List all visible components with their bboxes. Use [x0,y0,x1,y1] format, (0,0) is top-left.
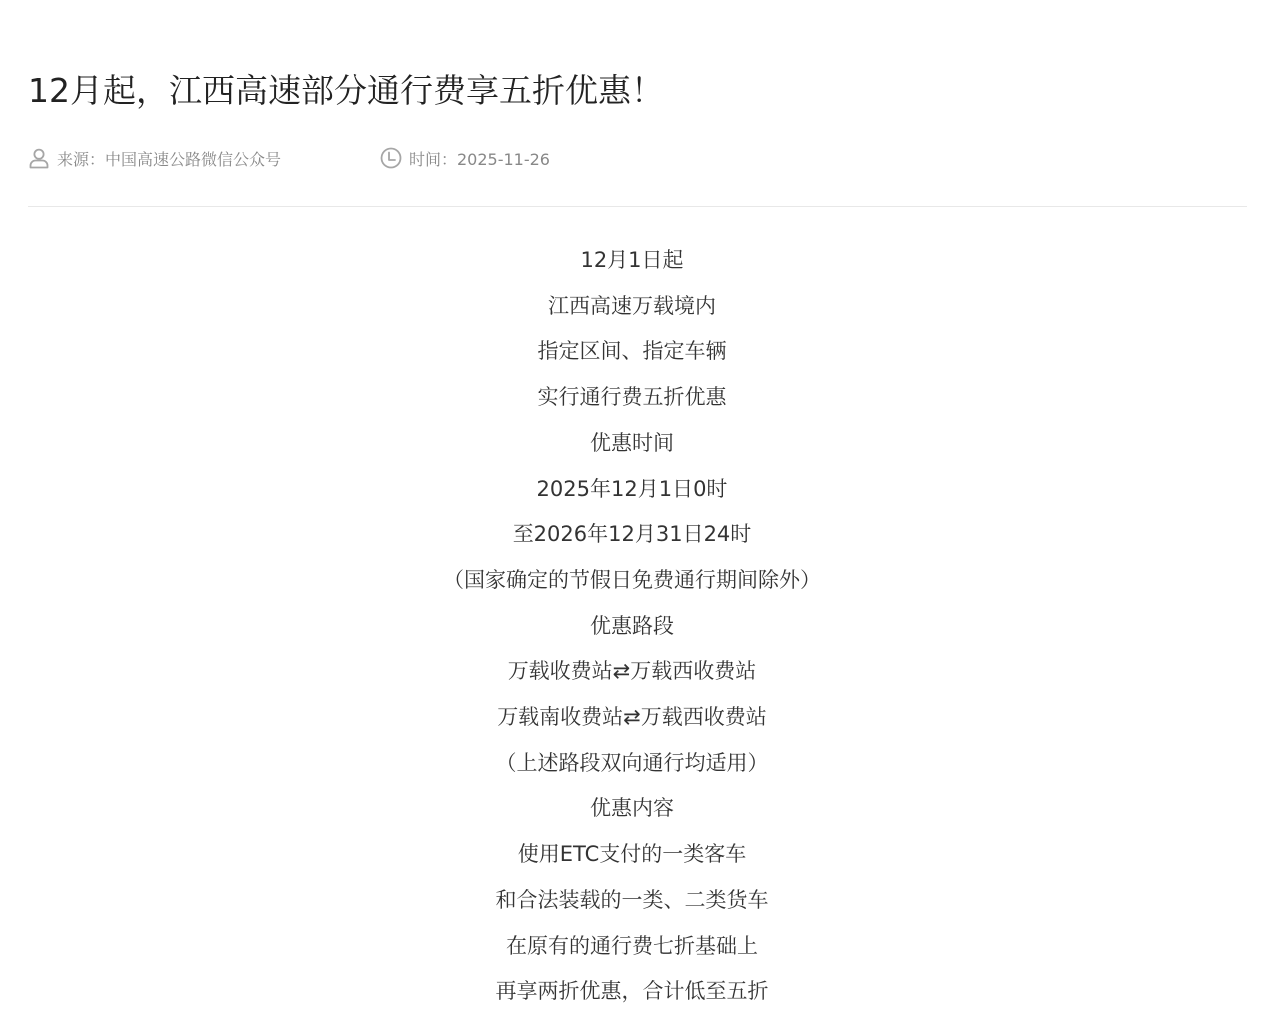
paragraph: （上述路段双向通行均适用） [0,741,1264,787]
user-icon [28,147,50,169]
meta-time: 时间：2025-11-26 [380,147,550,170]
section-heading: 优惠路段 [0,604,1264,650]
paragraph: 万载收费站⇄万载西收费站 [0,649,1264,695]
paragraph: 万载南收费站⇄万载西收费站 [0,695,1264,741]
section-heading: 优惠时间 [0,421,1264,467]
paragraph: 和合法装载的一类、二类货车 [0,878,1264,924]
paragraph: 指定区间、指定车辆 [0,329,1264,375]
paragraph: 实行通行费五折优惠 [0,375,1264,421]
time-label: 时间：2025-11-26 [409,147,550,170]
article-title: 12月起，江西高速部分通行费享五折优惠！ [28,0,1246,115]
article-body: 12月1日起 江西高速万载境内 指定区间、指定车辆 实行通行费五折优惠 优惠时间… [0,238,1264,1015]
paragraph: 至2026年12月31日24时 [0,512,1264,558]
divider [28,206,1247,207]
clock-icon [380,147,402,169]
paragraph: 江西高速万载境内 [0,284,1264,330]
article-meta: 来源：中国高速公路微信公众号 时间：2025-11-26 [28,145,1246,171]
meta-source: 来源：中国高速公路微信公众号 [28,147,380,170]
article: 12月起，江西高速部分通行费享五折优惠！ 来源：中国高速公路微信公众号 时间：2… [0,0,1270,1015]
paragraph: 使用ETC支付的一类客车 [0,832,1264,878]
paragraph: （国家确定的节假日免费通行期间除外） [0,558,1264,604]
paragraph: 12月1日起 [0,238,1264,284]
paragraph: 2025年12月1日0时 [0,467,1264,513]
paragraph: 再享两折优惠，合计低至五折 [0,969,1264,1015]
source-label: 来源：中国高速公路微信公众号 [57,147,281,170]
section-heading: 优惠内容 [0,786,1264,832]
paragraph: 在原有的通行费七折基础上 [0,924,1264,970]
